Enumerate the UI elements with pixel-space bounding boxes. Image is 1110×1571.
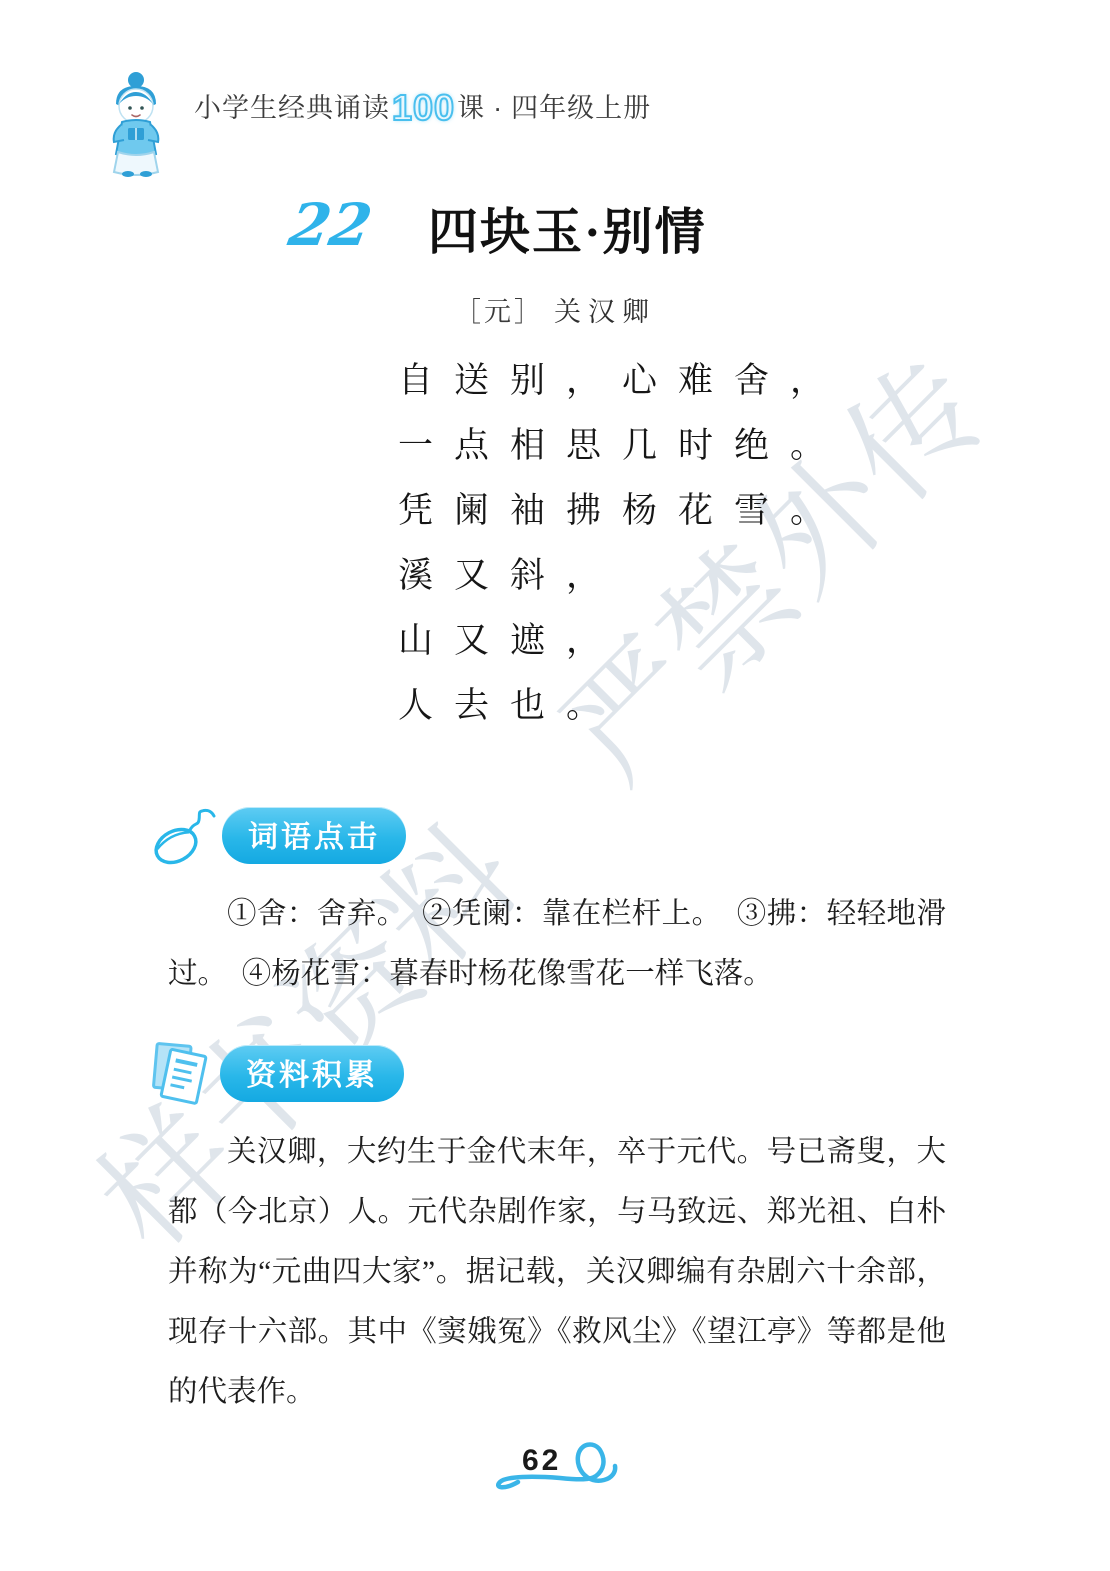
poem-line: 山又遮， <box>398 608 846 673</box>
poem-block: 自送别，心难舍， 一点相思几时绝。 凭阑袖拂杨花雪。 溪又斜， 山又遮， 人去也… <box>398 348 846 738</box>
boy-mascot-icon <box>94 70 178 178</box>
book-page: 样书资料 严禁外传 <box>0 0 1110 1571</box>
flourish-swirl-icon <box>488 1436 678 1510</box>
materials-section-badge: 资料积累 <box>220 1045 404 1102</box>
poem-line: 凭阑袖拂杨花雪。 <box>398 478 846 543</box>
lesson-number: 22 <box>284 194 376 258</box>
lesson-title: 四块玉·别情 <box>428 192 707 264</box>
materials-section-header: 资料积累 <box>150 1040 404 1106</box>
series-volume: 四年级上册 <box>511 93 651 123</box>
series-title-prefix: 小学生经典诵读 <box>194 93 390 123</box>
word-notes-text: ①舍：舍弃。 ②凭阑：靠在栏杆上。 ③拂：轻轻地滑过。 ④杨花雪：暮春时杨花像雪… <box>168 884 946 1004</box>
series-title: 小学生经典诵读100课·四年级上册 <box>194 86 651 126</box>
words-section-header: 词语点击 <box>150 804 406 866</box>
words-section-badge: 词语点击 <box>222 807 406 864</box>
author-dynasty: ［元］ <box>454 297 544 327</box>
poem-line: 人去也。 <box>398 673 846 738</box>
author-name: 关汉卿 <box>554 297 656 327</box>
series-separator: · <box>493 93 503 123</box>
page-number: 62 <box>522 1444 561 1478</box>
series-header: 小学生经典诵读100课·四年级上册 <box>94 70 651 178</box>
poem-line: 溪又斜， <box>398 543 846 608</box>
series-number-100: 100 <box>392 90 455 126</box>
author-line: ［元］关汉卿 <box>454 290 656 329</box>
page-footer: 62 <box>488 1436 678 1510</box>
computer-mouse-icon <box>150 804 216 866</box>
series-title-suffix: 课 <box>457 93 485 123</box>
biography-text: 关汉卿，大约生于金代末年，卒于元代。号已斋叟，大都（今北京）人。元代杂剧作家，与… <box>168 1122 946 1422</box>
poem-line: 自送别，心难舍， <box>398 348 846 413</box>
poem-line: 一点相思几时绝。 <box>398 413 846 478</box>
documents-icon <box>150 1040 214 1106</box>
